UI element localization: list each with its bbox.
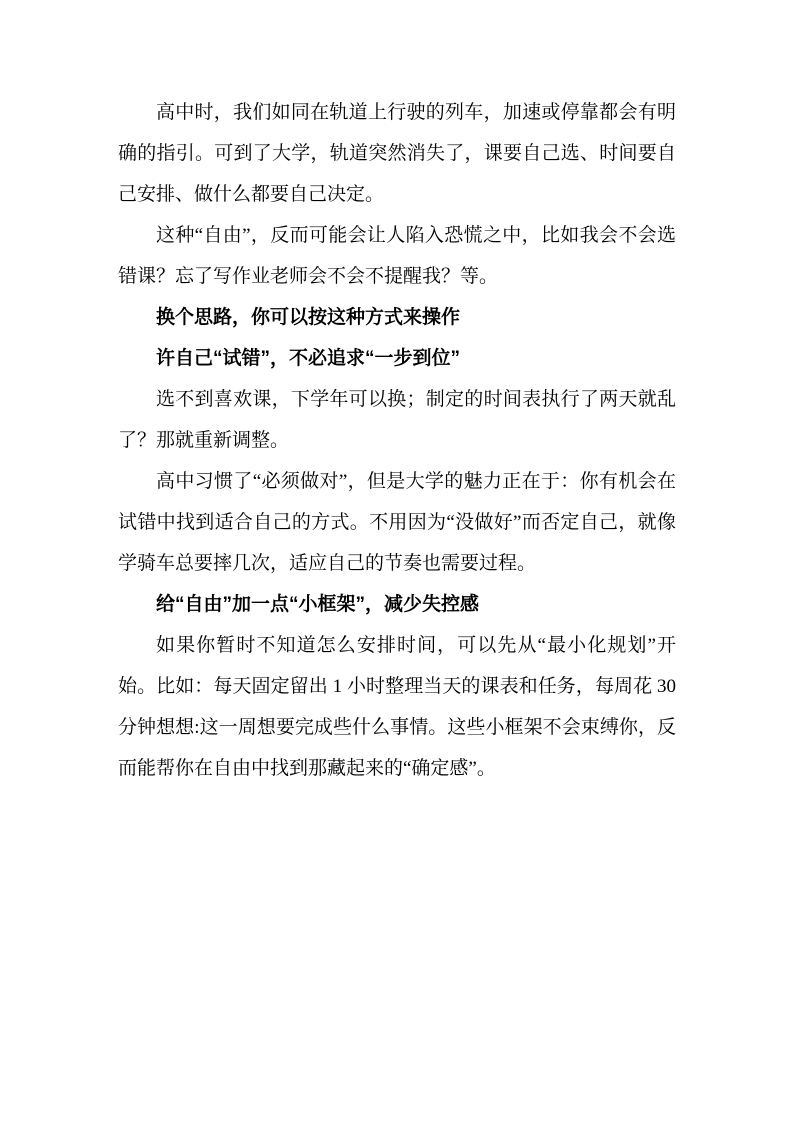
section-heading: 换个思路，你可以按这种方式来操作	[118, 297, 676, 338]
document-page: 高中时，我们如同在轨道上行驶的列车，加速或停靠都会有明确的指引。可到了大学，轨道…	[0, 0, 793, 1122]
paragraph: 高中习惯了“必须做对”，但是大学的魅力正在于：你有机会在试错中找到适合自己的方式…	[118, 461, 676, 584]
paragraph: 选不到喜欢课，下学年可以换；制定的时间表执行了两天就乱了？那就重新调整。	[118, 379, 676, 461]
document-content: 高中时，我们如同在轨道上行驶的列车，加速或停靠都会有明确的指引。可到了大学，轨道…	[118, 92, 676, 789]
section-heading: 许自己“试错”，不必追求“一步到位”	[118, 338, 676, 379]
paragraph: 这种“自由”，反而可能会让人陷入恐慌之中，比如我会不会选错课？忘了写作业老师会不…	[118, 215, 676, 297]
paragraph: 高中时，我们如同在轨道上行驶的列车，加速或停靠都会有明确的指引。可到了大学，轨道…	[118, 92, 676, 215]
paragraph: 如果你暂时不知道怎么安排时间，可以先从“最小化规划”开始。比如：每天固定留出 1…	[118, 625, 676, 789]
section-heading: 给“自由”加一点“小框架”，减少失控感	[118, 584, 676, 625]
